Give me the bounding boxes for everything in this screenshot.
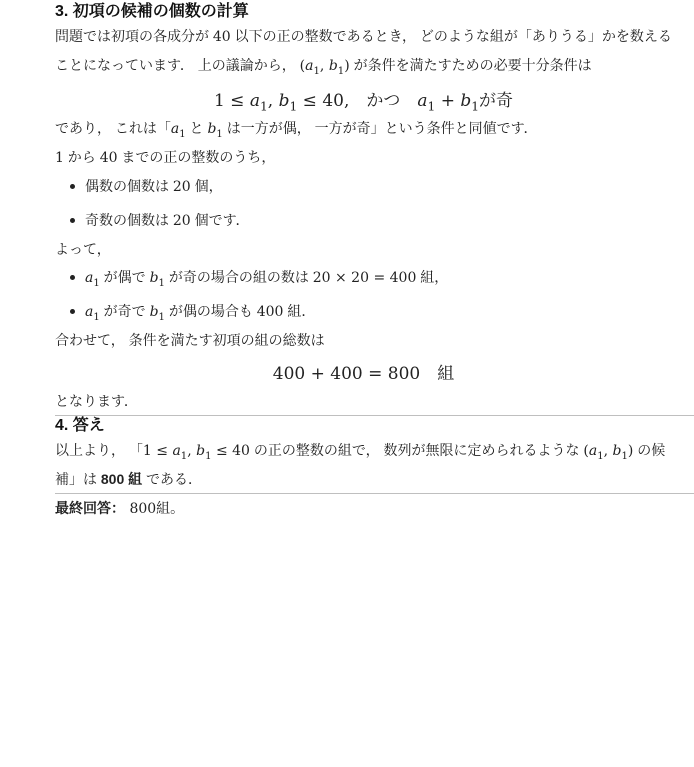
section-3-heading: 3. 初項の候補の個数の計算 bbox=[55, 2, 672, 22]
list-item-even-odd-case: a1 が偶で b1 が奇の場合の組の数は 20 × 20 = 400 組， bbox=[55, 263, 672, 292]
list-item-odd-count: 奇数の個数は 20 個です． bbox=[55, 206, 672, 235]
paragraph-integer-range: 1 から 40 までの正の整数のうち， bbox=[55, 143, 672, 172]
list-item-even-count: 偶数の個数は 20 個， bbox=[55, 172, 672, 201]
paragraph-therefore: よって， bbox=[55, 235, 672, 263]
paragraph-total-intro: 合わせて， 条件を満たす初項の組の総数は bbox=[55, 326, 672, 354]
paragraph-conclusion: となります． bbox=[55, 387, 672, 415]
list-item-text: a1 が偶で b1 が奇の場合の組の数は 20 × 20 = 400 組， bbox=[85, 269, 448, 285]
display-math-total: 400 + 400 = 800 組 bbox=[55, 361, 672, 387]
list-item-text: a1 が奇で b1 が偶の場合も 400 組． bbox=[85, 303, 315, 319]
final-answer-line: 最終回答： 800組。 bbox=[55, 494, 672, 523]
section-4-heading: 4. 答え bbox=[55, 416, 672, 436]
list-item-text: 奇数の個数は 20 個です． bbox=[85, 212, 250, 228]
document: 3. 初項の候補の個数の計算 問題では初項の各成分が 40 以下の正の整数である… bbox=[0, 0, 694, 523]
paragraph-equivalence: であり， これは「a1 と b1 は一方が偶， 一方が奇」という条件と同値です． bbox=[55, 114, 672, 143]
list-item-odd-even-case: a1 が奇で b1 が偶の場合も 400 組． bbox=[55, 297, 672, 326]
bullet-icon bbox=[70, 275, 75, 280]
paragraph-final-statement: 以上より， 「1 ≤ a1, b1 ≤ 40 の正の整数の組で， 数列が無限に定… bbox=[55, 436, 672, 493]
list-item-text: 偶数の個数は 20 個， bbox=[85, 178, 223, 194]
display-math-condition: 1 ≤ a1, b1 ≤ 40, かつ a1 + b1が奇 bbox=[55, 88, 672, 114]
paragraph-problem-intro: 問題では初項の各成分が 40 以下の正の整数であるとき， どのような組が「ありう… bbox=[55, 22, 672, 80]
parity-count-list: 偶数の個数は 20 個， 奇数の個数は 20 個です． bbox=[55, 172, 672, 235]
bullet-icon bbox=[70, 184, 75, 189]
bullet-icon bbox=[70, 309, 75, 314]
case-count-list: a1 が偶で b1 が奇の場合の組の数は 20 × 20 = 400 組， a1… bbox=[55, 263, 672, 326]
bullet-icon bbox=[70, 218, 75, 223]
